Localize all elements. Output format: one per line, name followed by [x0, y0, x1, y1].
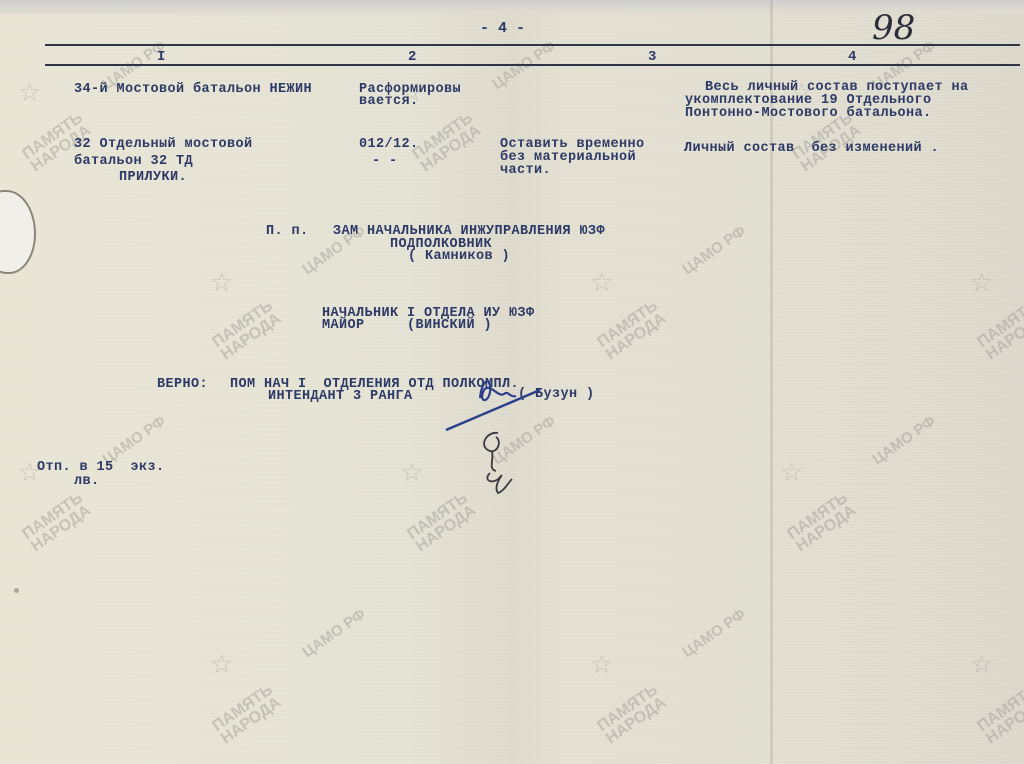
page-marker: - 4 -: [480, 20, 525, 37]
row2-action-dash: - -: [372, 156, 398, 168]
watermark-star-icon: ☆: [590, 268, 613, 298]
row2-action: 012/12.: [359, 139, 419, 151]
sig1-prefix: П. п.: [266, 226, 309, 238]
sig2-rank-name: МАЙОР (ВИНСКИЙ ): [322, 320, 492, 332]
handwritten-page-number: 98: [872, 8, 915, 48]
row2-unit-line3: ПРИЛУКИ.: [119, 172, 187, 184]
scan-top-edge: [0, 0, 1024, 14]
table-rule-bottom: [45, 64, 1020, 66]
row1-action-line2: вается.: [359, 96, 419, 108]
sig1-name: ( Камников ): [408, 251, 510, 263]
row2-equipment-line3: части.: [500, 165, 551, 177]
watermark-star-icon: ☆: [210, 650, 233, 680]
typist-initials: лв.: [74, 476, 100, 488]
watermark-star-icon: ☆: [18, 78, 41, 108]
table-rule-top: [45, 44, 1020, 46]
column-header-2: 2: [408, 49, 416, 65]
watermark-star-icon: ☆: [970, 650, 993, 680]
paper-hole-small: [14, 588, 19, 593]
row1-unit: 34-й Мостовой батальон НЕЖИН: [74, 84, 312, 96]
column-header-4: 4: [848, 49, 856, 65]
watermark-star-icon: ☆: [590, 650, 613, 680]
row2-unit-line2: батальон 32 ТД: [74, 156, 193, 168]
row2-unit-line1: 32 Отдельный мостовой: [74, 139, 253, 151]
row2-note: Личный состав без изменений .: [684, 143, 939, 155]
handwritten-initial-icon: [468, 425, 528, 500]
column-header-3: 3: [648, 49, 656, 65]
column-header-1: I: [157, 49, 165, 65]
watermark-star-icon: ☆: [210, 268, 233, 298]
sig3-prefix: ВЕРНО:: [157, 379, 208, 391]
watermark-star-icon: ☆: [400, 458, 423, 488]
row1-note-line3: Понтонно-Мостового батальона.: [685, 108, 932, 120]
watermark-star-icon: ☆: [780, 458, 803, 488]
watermark-star-icon: ☆: [970, 268, 993, 298]
copies-note: Отп. в 15 экз.: [37, 462, 165, 474]
sig3-rank: ИНТЕНДАНТ 3 РАНГА: [268, 391, 413, 403]
